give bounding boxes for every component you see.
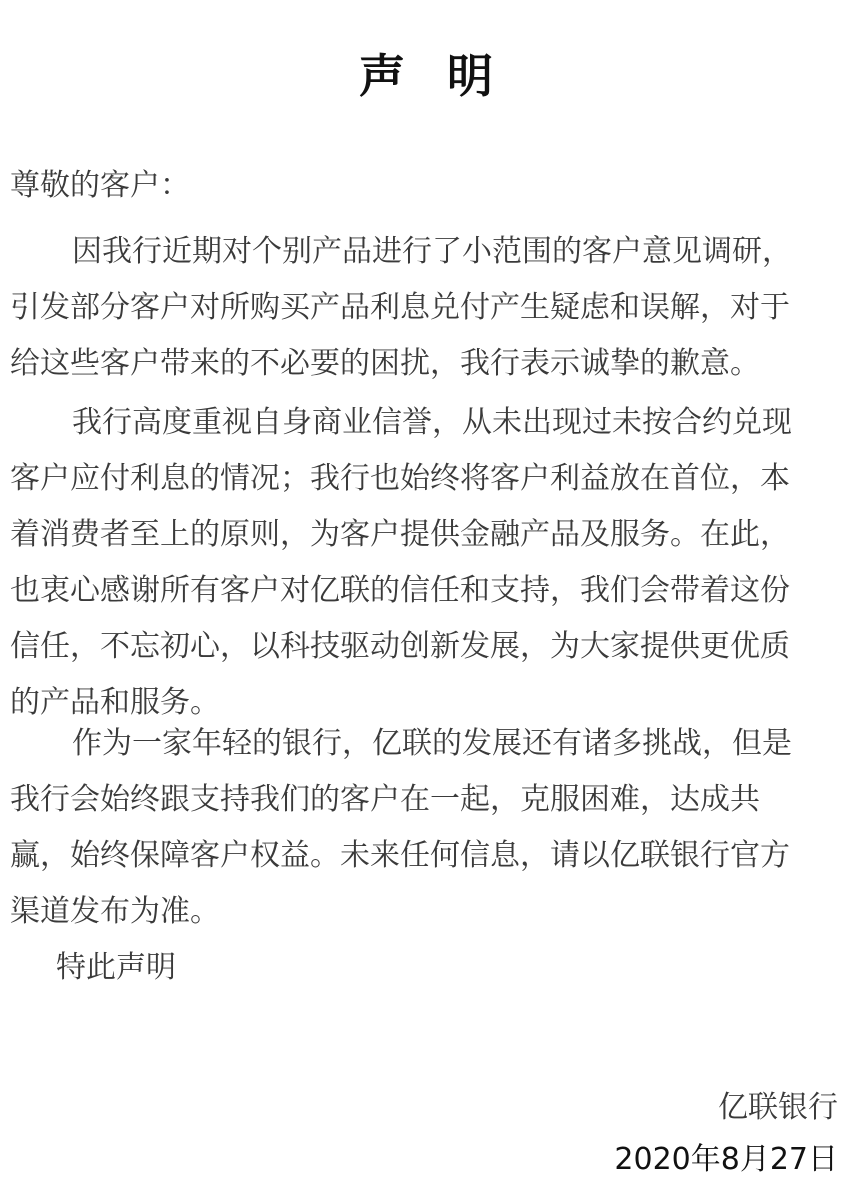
paragraph-line: 给这些客户带来的不必要的困扰，我行表示诚挚的歉意。: [10, 344, 760, 384]
date: 2020年8月27日: [614, 1140, 838, 1180]
document-title: 声明: [0, 40, 852, 106]
signature: 亿联银行: [718, 1088, 838, 1128]
salutation: 尊敬的客户：: [10, 166, 190, 206]
paragraph-line: 渠道发布为准。: [10, 892, 220, 932]
paragraph-line: 客户应付利息的情况；我行也始终将客户利益放在首位，本: [10, 459, 790, 499]
paragraph-line: 我行会始终跟支持我们的客户在一起，克服困难，达成共: [10, 780, 760, 820]
paragraph-line: 因我行近期对个别产品进行了小范围的客户意见调研，: [72, 232, 792, 272]
paragraph-line: 着消费者至上的原则，为客户提供金融产品及服务。在此，: [10, 515, 790, 555]
paragraph-line: 我行高度重视自身商业信誉，从未出现过未按合约兑现: [72, 403, 792, 443]
paragraph-line: 引发部分客户对所购买产品利息兑付产生疑虑和误解，对于: [10, 288, 790, 328]
paragraph-line: 赢，始终保障客户权益。未来任何信息，请以亿联银行官方: [10, 836, 790, 876]
paragraph-line: 也衷心感谢所有客户对亿联的信任和支持，我们会带着这份: [10, 571, 790, 611]
paragraph-line: 信任，不忘初心，以科技驱动创新发展，为大家提供更优质: [10, 627, 790, 667]
paragraph-line: 作为一家年轻的银行，亿联的发展还有诸多挑战，但是: [72, 724, 792, 764]
paragraph-line: 的产品和服务。: [10, 683, 220, 723]
closing-text: 特此声明: [56, 948, 176, 988]
